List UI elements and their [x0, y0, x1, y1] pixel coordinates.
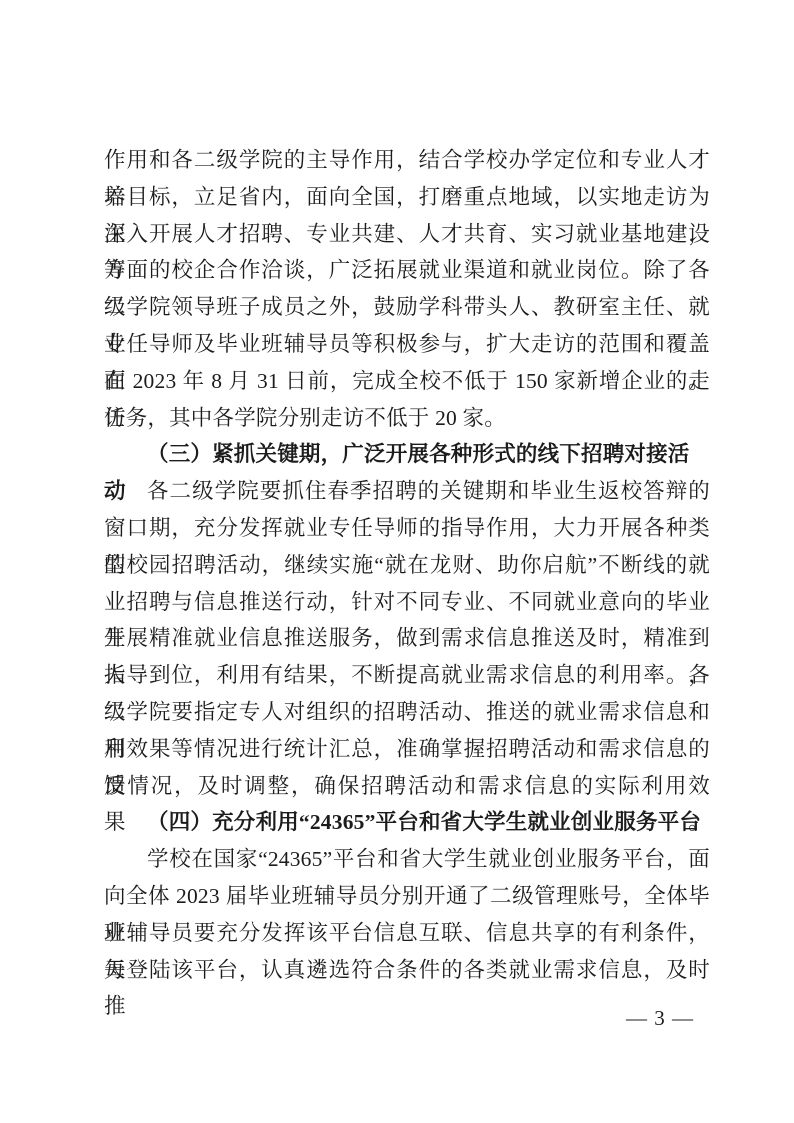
text-line: 学校在国家“24365”平台和省大学生就业创业服务平台，面: [104, 841, 710, 878]
section-heading: （三）紧抓关键期，广泛开展各种形式的线下招聘对接活动: [104, 436, 710, 473]
text-line: 在 2023 年 8 月 31 日前，完成全校不低于 150 家新增企业的走访: [104, 363, 710, 400]
text-line: 级学院要指定专人对组织的招聘活动、推送的就业需求信息和利: [104, 694, 710, 731]
text-line: 级学院领导班子成员之外，鼓励学科带头人、教研室主任、就业: [104, 289, 710, 326]
text-line: 天登陆该平台，认真遴选符合条件的各类就业需求信息，及时推: [104, 952, 710, 989]
text-line: 深入开展人才招聘、专业共建、人才共育、实习就业基地建设等: [104, 216, 710, 253]
document-body: 作用和各二级学院的主导作用，结合学校办学定位和专业人才培养目标，立足省内，面向全…: [104, 142, 710, 988]
page-number: — 3 —: [626, 1005, 694, 1031]
text-line: 专任导师及毕业班辅导员等积极参与，扩大走访的范围和覆盖面。: [104, 326, 710, 363]
text-line: 窗口期，充分发挥就业专任导师的指导作用，大力开展各种类型: [104, 510, 710, 547]
text-line: 班辅导员要充分发挥该平台信息互联、信息共享的有利条件，每: [104, 915, 710, 952]
document-page: 作用和各二级学院的主导作用，结合学校办学定位和专业人才培养目标，立足省内，面向全…: [0, 0, 794, 1123]
text-line: 养目标，立足省内，面向全国，打磨重点地域，以实地走访为主，: [104, 179, 710, 216]
text-line: 开展精准就业信息推送服务，做到需求信息推送及时，精准到人，: [104, 620, 710, 657]
text-line: 馈情况，及时调整，确保招聘活动和需求信息的实际利用效果。: [104, 768, 710, 805]
text-line: 各二级学院要抓住春季招聘的关键期和毕业生返校答辩的: [104, 473, 710, 510]
text-line: 任务，其中各学院分别走访不低于 20 家。: [104, 400, 710, 437]
text-line: 方面的校企合作洽谈，广泛拓展就业渠道和就业岗位。除了各二: [104, 252, 710, 289]
text-line: 业招聘与信息推送行动，针对不同专业、不同就业意向的毕业生: [104, 584, 710, 621]
text-line: 作用和各二级学院的主导作用，结合学校办学定位和专业人才培: [104, 142, 710, 179]
section-heading: （四）充分利用“24365”平台和省大学生就业创业服务平台: [104, 804, 710, 841]
text-line: 向全体 2023 届毕业班辅导员分别开通了二级管理账号，全体毕业: [104, 878, 710, 915]
text-line: 用效果等情况进行统计汇总，准确掌握招聘活动和需求信息的反: [104, 731, 710, 768]
text-line: 指导到位，利用有结果，不断提高就业需求信息的利用率。各二: [104, 657, 710, 694]
text-line: 的校园招聘活动，继续实施“就在龙财、助你启航”不断线的就: [104, 547, 710, 584]
